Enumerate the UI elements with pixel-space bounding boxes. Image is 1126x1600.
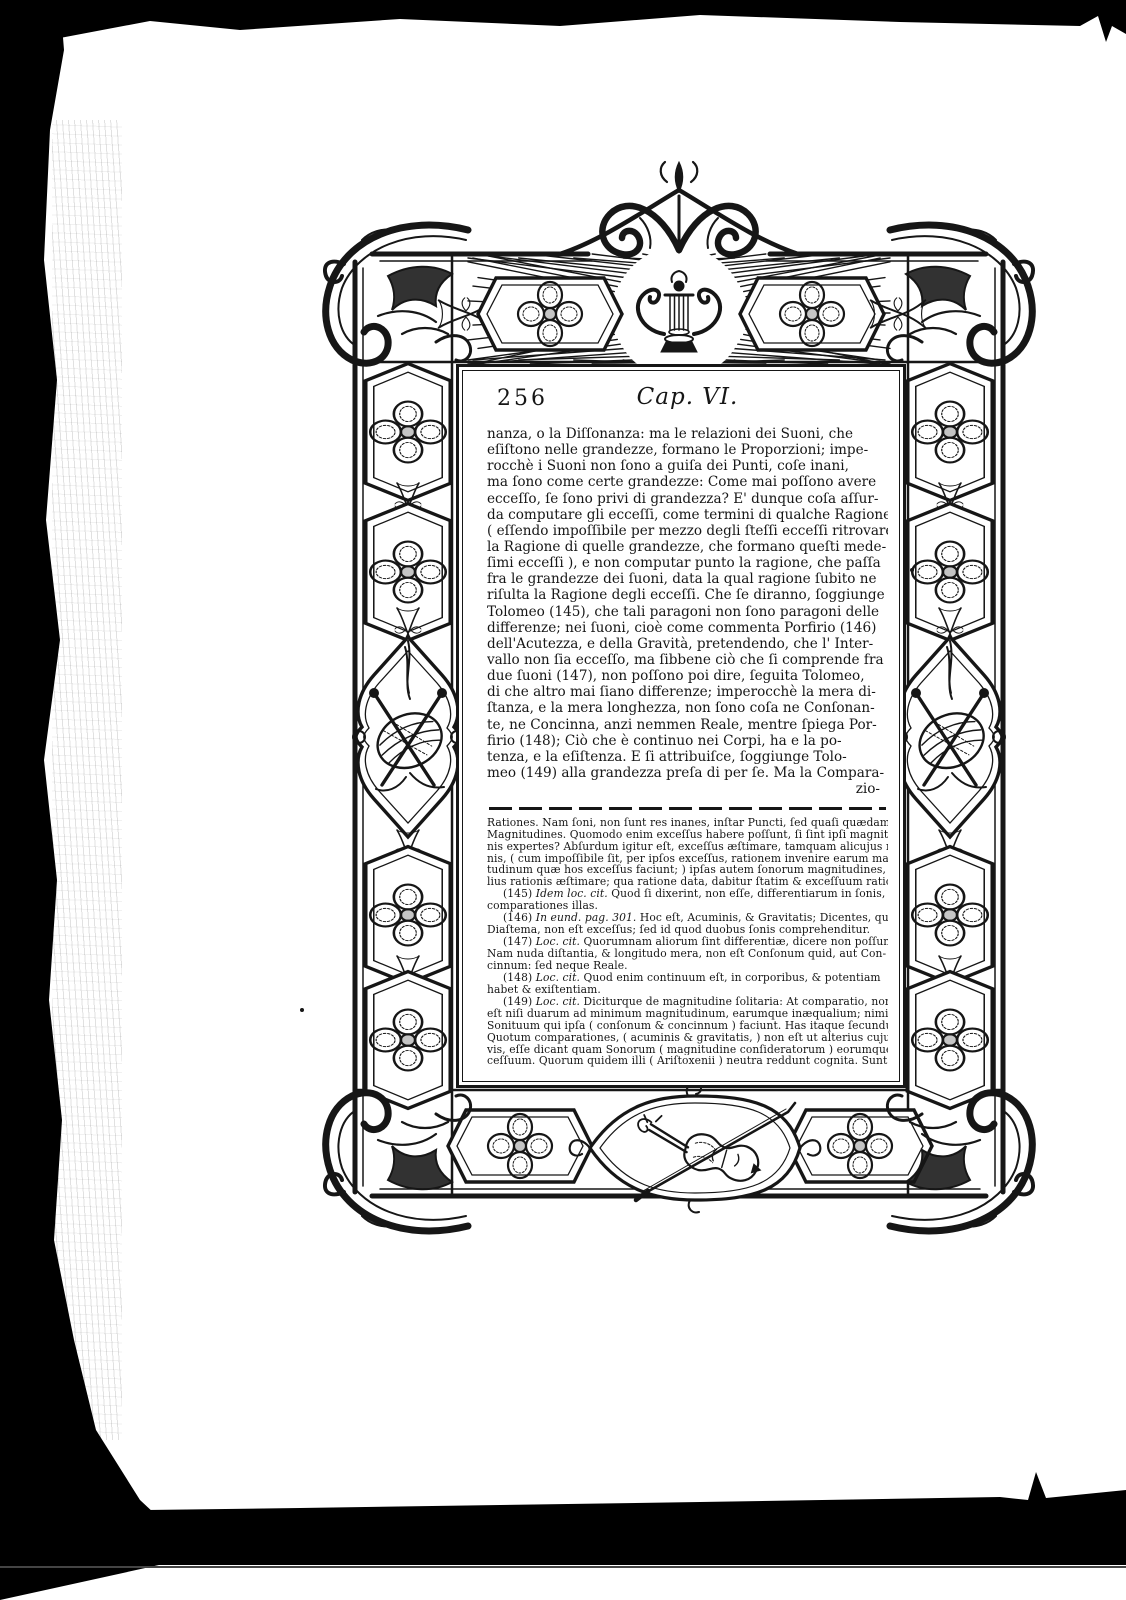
drum-icon [895,637,1005,837]
footnote-line: nis expertes? Abſurdum igitur eſt, exceſ… [487,841,888,853]
scan-edge-bottom-line [0,1566,1126,1568]
footnote-text: Quod enim continuum eſt, in corporibus, … [580,972,881,984]
body-line: rocchè i Suoni non ſono a guiſa dei Punt… [487,458,888,474]
body-line: meo (149) alla grandezza preſa di per ſe… [487,765,888,781]
body-line: ( eſſendo impoſſibile per mezzo degli ſt… [487,523,888,539]
footnote-citation: Loc. cit. [536,996,580,1008]
rosette-icon [366,504,451,641]
body-line: firio (148); Ciò che è continuo nei Corp… [487,733,888,749]
footnote-citation: Idem loc. cit. [536,888,608,900]
footnote-text: Hoc eſt, Acuminis, & Gravitatis; Dicente… [636,912,888,924]
footnote-separator-rule [489,807,886,810]
footnote-line: Sonituum qui ipſa ( conſonum & concinnum… [487,1020,888,1032]
footnote-line: cinnum: ſed neque Reale. [487,960,888,972]
footnote-line: habet & exiſtentiam. [487,984,888,996]
rosette-icon [908,504,993,641]
footnote-number: (146) [503,912,536,924]
footnote-line: (145) Idem loc. cit. Quod ſi dixerint, n… [487,888,888,900]
body-line: vallo non ſia ecceſſo, ma ſibbene ciò ch… [487,652,888,668]
footnote-line: comparationes illas. [487,900,888,912]
footnote-citation: In eund. pag. 301. [536,912,637,924]
footnote-line: ceſſuum. Quorum quidem illi ( Ariſtoxeni… [487,1055,888,1067]
footnote-line: (147) Loc. cit. Quorumnam aliorum ſint d… [487,936,888,948]
rosette-icon [908,972,993,1109]
rosette-icon [366,847,451,984]
footnote-line: vis, eſſe dicant quam Sonorum ( magnitud… [487,1044,888,1056]
footnote-line: Rationes. Nam ſoni, non ſunt res inanes,… [487,817,888,829]
body-line: da computare gli ecceſſi, come termini d… [487,507,888,523]
footnote-text: Quorumnam aliorum ſint differentiæ, dice… [580,936,888,948]
body-line: dell'Acutezza, e della Gravità, pretende… [487,636,888,652]
rosette-icon [740,278,884,350]
rosette-icon [908,364,993,501]
text-panel-inner-rule: 256 Cap. VI. nanza, o la Diſſonanza: ma … [462,370,900,1082]
body-line: la Ragione di quelle grandezze, che form… [487,539,888,555]
body-line: ma ſono come certe grandezze: Come mai p… [487,474,888,490]
rosette-icon [366,972,451,1109]
catchword: zio- [487,781,888,798]
footnote-citation: Loc. cit. [536,936,580,948]
footnotes: Rationes. Nam ſoni, non ſunt res inanes,… [487,817,888,1068]
drum-icon [353,637,463,837]
body-line: tenza, e la eſiſtenza. E ſi attribuiſce,… [487,749,888,765]
footnote-number: (148) [503,972,536,984]
footnote-line: Nam nuda diſtantia, & longitudo mera, no… [487,948,888,960]
scan-edge-left-texture [52,120,122,1440]
body-line: eſiſtono nelle grandezze, formano le Pro… [487,442,888,458]
text-panel: 256 Cap. VI. nanza, o la Diſſonanza: ma … [456,364,906,1088]
footnote-line: (149) Loc. cit. Diciturque de magnitudin… [487,996,888,1008]
violin-cartouche-icon [570,1084,821,1213]
body-line: differenze; nei ſuoni, cioè come comment… [487,620,888,636]
footnote-line: Magnitudines. Quomodo enim exceſſus habe… [487,829,888,841]
footnote-line: lius rationis æſtimare; qua ratione data… [487,876,888,888]
rosette-icon [366,364,451,501]
crest-scroll-icon [560,162,798,255]
corner-scroll-icon [887,225,1033,363]
body-line: Tolomeo (145), che tali paragoni non ſon… [487,604,888,620]
footnote-line: nis, ( cum impoſſibile ſit, per ipſos ex… [487,853,888,865]
chapter-heading: Cap. VI. [487,384,888,410]
footnote-text: Quod ſi dixerint, non eſſe, differentiar… [608,888,886,900]
body-line: ecceſſo, ſe ſono privi di grandezza? E' … [487,491,888,507]
body-line: di che altro mai ſiano differenze; imper… [487,684,888,700]
footnote-line: Diaſtema, non eſt exceſſus; ſed id quod … [487,924,888,936]
footnote-text: Diciturque de magnitudine ſolitaria: At … [580,996,888,1008]
body-line: te, ne Concinna, anzi nemmen Reale, ment… [487,717,888,733]
footnote-number: (149) [503,996,536,1008]
rosette-icon [478,278,622,350]
scanned-book-page: { "page": { "number": "256", "chapter_he… [0,0,1126,1600]
body-line: fra le grandezze dei ſuoni, data la qual… [487,571,888,587]
corner-scroll-icon [325,225,471,363]
body-line: due ſuoni (147), non poſſono poi dire, ſ… [487,668,888,684]
body-line: nanza, o la Diſſonanza: ma le relazioni … [487,426,888,442]
corner-scroll-icon [325,1093,471,1231]
footnote-citation: Loc. cit. [536,972,580,984]
footnote-line: eſt niſi duarum ad minimum magnitudinum,… [487,1008,888,1020]
body-line: riſulta la Ragione degli ecceſſi. Che ſe… [487,587,888,603]
footnote-line: (148) Loc. cit. Quod enim continuum eſt,… [487,972,888,984]
footnote-line: Quotum comparationes, ( acuminis & gravi… [487,1032,888,1044]
footnote-number: (147) [503,936,536,948]
footnote-line: (146) In eund. pag. 301. Hoc eſt, Acumin… [487,912,888,924]
body-text: nanza, o la Diſſonanza: ma le relazioni … [487,426,888,781]
body-line: ſtanza, e la mera longhezza, non ſono co… [487,700,888,716]
page-header: 256 Cap. VI. [487,384,888,418]
body-line: ſimi ecceſſi ), e non computar punto la … [487,555,888,571]
footnote-number: (145) [503,888,536,900]
footnote-line: tudinum quæ hos exceſſus faciunt; ) ipſa… [487,864,888,876]
rosette-icon [908,847,993,984]
